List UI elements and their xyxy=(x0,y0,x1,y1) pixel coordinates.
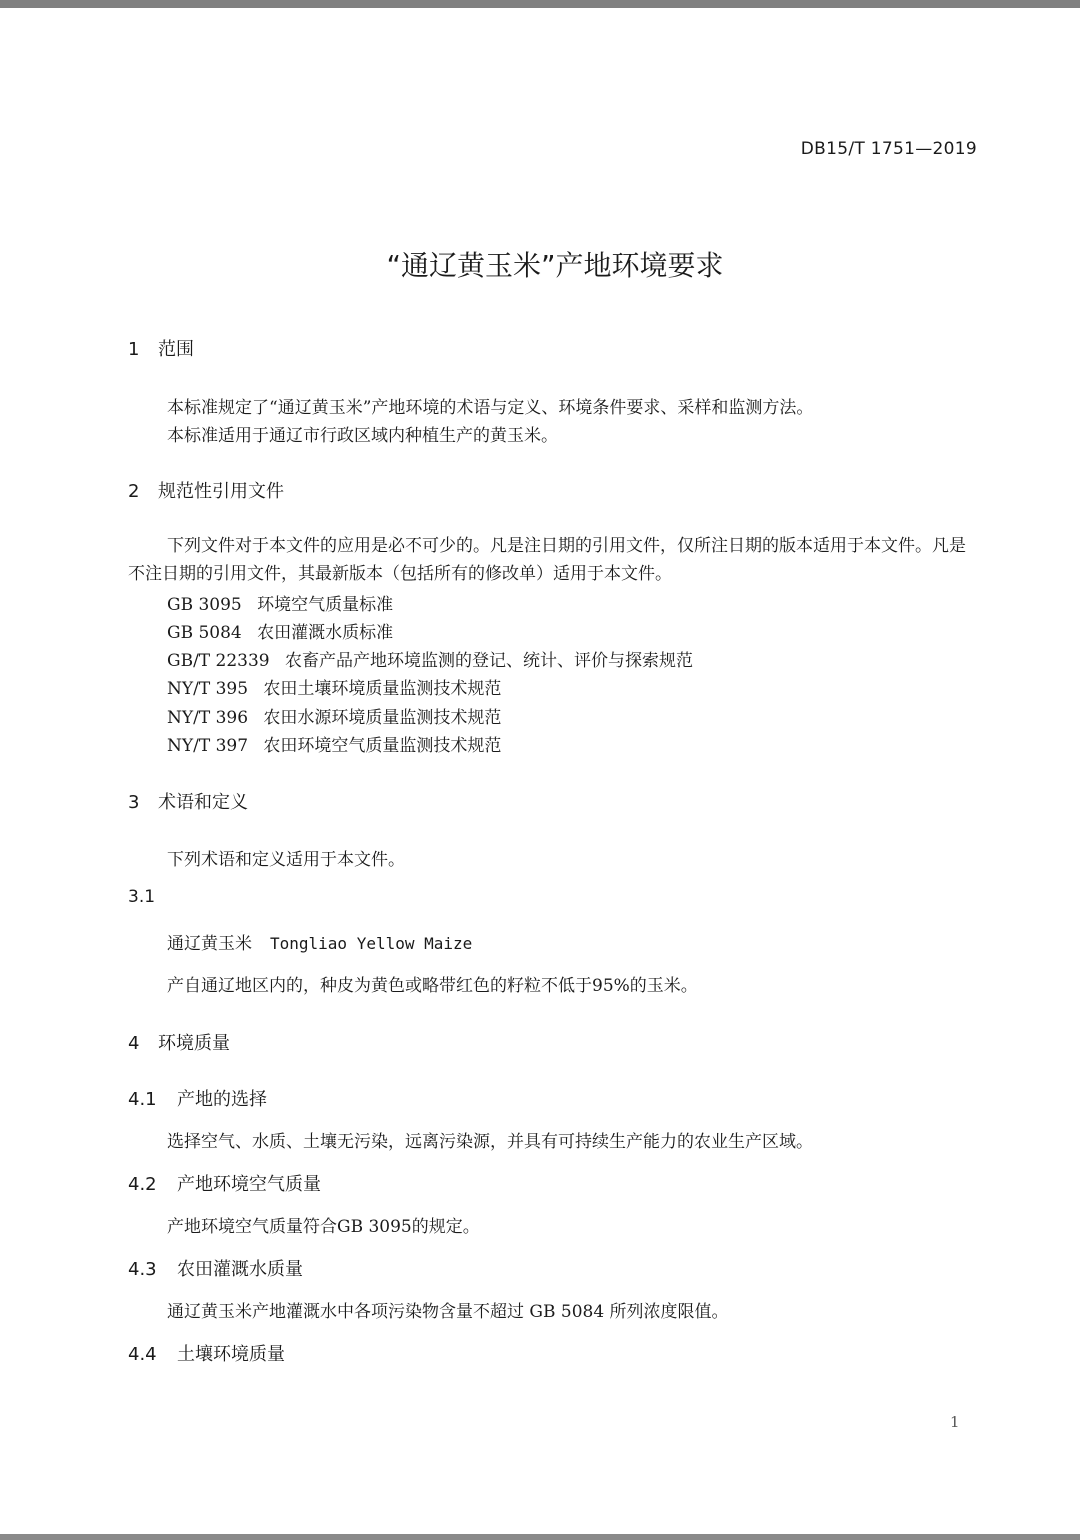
reference-name: 农田水源环境质量监测技术规范 xyxy=(263,708,501,728)
bottom-border-bar xyxy=(0,1534,1080,1540)
section-title: 产地环境空气质量 xyxy=(177,1174,321,1195)
section-4-3-heading: 4.3农田灌溉水质量 xyxy=(128,1255,303,1281)
section-1-paragraph-1: 本标准规定了“通辽黄玉米”产地环境的术语与定义、环境条件要求、采样和监测方法。 xyxy=(167,393,813,418)
section-title: 术语和定义 xyxy=(158,792,248,813)
page-number: 1 xyxy=(950,1413,960,1431)
section-number: 2 xyxy=(128,481,158,502)
section-1-heading: 1范围 xyxy=(128,335,194,361)
reference-code: NY/T 397 xyxy=(167,736,248,756)
section-4-3-paragraph: 通辽黄玉米产地灌溉水中各项污染物含量不超过 GB 5084 所列浓度限值。 xyxy=(167,1297,729,1322)
reference-item: GB/T 22339 农畜产品产地环境监测的登记、统计、评价与探索规范 xyxy=(167,646,693,671)
section-title: 农田灌溉水质量 xyxy=(177,1259,303,1280)
reference-code: GB 3095 xyxy=(167,595,242,615)
term-english: Tongliao Yellow Maize xyxy=(270,934,472,953)
section-title: 土壤环境质量 xyxy=(177,1344,285,1365)
section-number: 4.2 xyxy=(128,1174,177,1195)
section-4-2-paragraph: 产地环境空气质量符合GB 3095的规定。 xyxy=(167,1212,480,1237)
reference-item: GB 3095 环境空气质量标准 xyxy=(167,590,393,615)
reference-item: NY/T 397 农田环境空气质量监测技术规范 xyxy=(167,731,501,756)
section-title: 产地的选择 xyxy=(177,1089,267,1110)
reference-item: NY/T 396 农田水源环境质量监测技术规范 xyxy=(167,703,501,728)
reference-code: NY/T 395 xyxy=(167,679,248,699)
term-entry: 通辽黄玉米Tongliao Yellow Maize xyxy=(167,929,472,954)
reference-item: NY/T 395 农田土壤环境质量监测技术规范 xyxy=(167,674,501,699)
section-title: 环境质量 xyxy=(158,1033,230,1054)
document-number: DB15/T 1751—2019 xyxy=(801,139,977,159)
section-3-paragraph: 下列术语和定义适用于本文件。 xyxy=(167,845,405,870)
reference-name: 农田灌溉水质标准 xyxy=(257,623,393,643)
reference-item: GB 5084 农田灌溉水质标准 xyxy=(167,618,393,643)
section-4-1-heading: 4.1产地的选择 xyxy=(128,1085,267,1111)
section-number: 1 xyxy=(128,339,158,360)
section-number: 3 xyxy=(128,792,158,813)
section-number: 4.3 xyxy=(128,1259,177,1280)
section-2-heading: 2规范性引用文件 xyxy=(128,477,284,503)
term-definition: 产自通辽地区内的，种皮为黄色或略带红色的籽粒不低于95%的玉米。 xyxy=(167,971,698,996)
section-2-paragraph: 下列文件对于本文件的应用是必不可少的。凡是注日期的引用文件，仅所注日期的版本适用… xyxy=(128,532,980,588)
section-3-1-number: 3.1 xyxy=(128,887,155,907)
section-title: 规范性引用文件 xyxy=(158,481,284,502)
reference-name: 农田土壤环境质量监测技术规范 xyxy=(263,679,501,699)
term-chinese: 通辽黄玉米 xyxy=(167,934,252,954)
section-number: 4 xyxy=(128,1033,158,1054)
section-1-paragraph-2: 本标准适用于通辽市行政区域内种植生产的黄玉米。 xyxy=(167,421,558,446)
reference-code: GB 5084 xyxy=(167,623,242,643)
reference-name: 农畜产品产地环境监测的登记、统计、评价与探索规范 xyxy=(285,651,693,671)
section-4-4-heading: 4.4土壤环境质量 xyxy=(128,1340,285,1366)
section-number: 4.4 xyxy=(128,1344,177,1365)
section-4-heading: 4环境质量 xyxy=(128,1029,230,1055)
top-border-bar xyxy=(0,0,1080,8)
section-4-1-paragraph: 选择空气、水质、土壤无污染，远离污染源，并具有可持续生产能力的农业生产区域。 xyxy=(167,1127,813,1152)
section-3-heading: 3术语和定义 xyxy=(128,788,248,814)
reference-code: GB/T 22339 xyxy=(167,651,270,671)
section-number: 4.1 xyxy=(128,1089,177,1110)
section-4-2-heading: 4.2产地环境空气质量 xyxy=(128,1170,321,1196)
reference-code: NY/T 396 xyxy=(167,708,248,728)
reference-name: 环境空气质量标准 xyxy=(257,595,393,615)
section-title: 范围 xyxy=(158,339,194,360)
document-title: “通辽黄玉米”产地环境要求 xyxy=(0,244,1080,284)
reference-name: 农田环境空气质量监测技术规范 xyxy=(263,736,501,756)
